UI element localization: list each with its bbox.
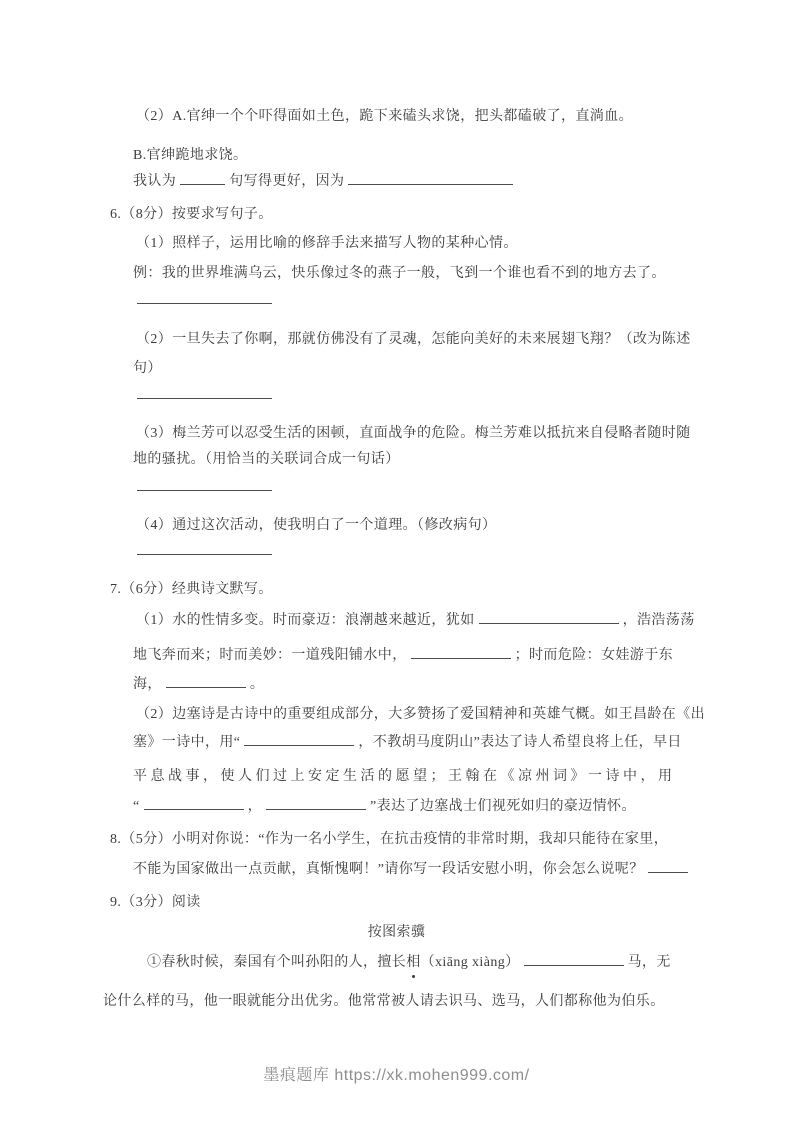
text-segment: 地飞奔而来；时而美妙：一道残阳铺水中， xyxy=(133,648,407,663)
q7-2-line3: 平息战事，使人们过上安定生活的愿望；王翰在《凉州词》一诗中，用 xyxy=(133,765,690,789)
text-segment: （xiāng xiàng） xyxy=(421,955,520,970)
text-segment: 8.（5分）小明对你说：“作为一名小学生，在抗击疫情的非常时期，我却只能待在家里… xyxy=(110,832,668,847)
text-segment: （2）一旦失去了你啊，那就仿佛没有了灵魂，怎能向美好的未来展翅飞翔？（改为陈述 xyxy=(136,332,691,347)
footer-text: 墨痕题库 https://xk.mohen999.com/ xyxy=(263,1067,529,1084)
emphasized-char: 相 xyxy=(406,951,420,975)
page-footer: 墨痕题库 https://xk.mohen999.com/ xyxy=(0,1062,793,1085)
text-segment: 例：我的世界堆满乌云，快乐像过冬的燕子一般，飞到一个谁也看不到的地方去了。 xyxy=(133,266,666,281)
text-segment: ”表达了边塞战士们视死如归的豪迈情怀。 xyxy=(370,799,636,814)
answer-blank xyxy=(348,171,513,185)
answer-blank xyxy=(244,732,354,746)
answer-blank xyxy=(137,477,272,491)
text-segment: 按图索骥 xyxy=(368,925,426,940)
text-segment: B.官绅跪地求饶。 xyxy=(133,148,247,163)
answer-blank xyxy=(137,290,272,304)
text-segment: ①春秋时候，秦国有个叫孙阳的人，擅长 xyxy=(147,955,406,970)
text-segment: “ xyxy=(133,799,140,814)
q6-2-prompt-line2: 句） xyxy=(133,357,690,381)
text-segment: ， xyxy=(248,799,262,814)
q5-2-option-b: B.官绅跪地求饶。 xyxy=(133,144,690,168)
answer-blank xyxy=(166,674,246,688)
text-segment: 我认为 xyxy=(133,174,176,189)
q6-2-prompt-line1: （2）一旦失去了你啊，那就仿佛没有了灵魂，怎能向美好的未来展翅飞翔？（改为陈述 xyxy=(136,328,690,352)
q7-2-line2: 塞》一诗中，用“，不教胡马度阴山”表达了诗人希望良将上任，早日 xyxy=(133,731,690,755)
answer-blank xyxy=(266,796,366,810)
answer-blank xyxy=(479,610,619,624)
q9-passage-line2: 论什么样的马，他一眼就能分出优劣。他常常被人请去识马、选马，人们都称他为伯乐。 xyxy=(103,990,690,1014)
q6-3-answer-line xyxy=(133,476,690,500)
answer-blank xyxy=(137,385,272,399)
q7-1-line2: 地飞奔而来；时而美妙：一道残阳铺水中，；时而危险：女娃游于东 xyxy=(133,644,690,668)
text-segment: 句写得更好，因为 xyxy=(229,174,344,189)
text-segment: 马，无 xyxy=(628,955,671,970)
text-segment: 论什么样的马，他一眼就能分出优劣。他常常被人请去识马、选马，人们都称他为伯乐。 xyxy=(103,994,665,1009)
answer-blank xyxy=(411,645,511,659)
text-segment: 7.（6分）经典诗文默写。 xyxy=(110,582,273,597)
q7-header: 7.（6分）经典诗文默写。 xyxy=(110,578,690,602)
q6-3-prompt-line2: 地的骚扰。（用恰当的关联词合成一句话） xyxy=(133,448,690,472)
q7-1-line1: （1）水的性情多变。时而豪迈：浪潮越来越近，犹如，浩浩荡荡 xyxy=(136,609,690,633)
text-segment: 句） xyxy=(133,361,162,376)
text-segment: （4）通过这次活动，使我明白了一个道理。（修改病句） xyxy=(136,518,496,533)
text-segment: （3）梅兰芳可以忍受生活的困顿，直面战争的危险。梅兰芳难以抵抗来自侵略者随时随 xyxy=(136,426,691,441)
text-segment: 。 xyxy=(250,677,264,692)
q5-2-option-a: （2）A.官绅一个个吓得面如土色，跪下来磕头求饶，把头都磕破了，直淌血。 xyxy=(136,105,690,129)
text-segment: 9.（3分）阅读 xyxy=(110,895,201,910)
q6-4-prompt: （4）通过这次活动，使我明白了一个道理。（修改病句） xyxy=(136,514,690,538)
text-segment: 6.（8分）按要求写句子。 xyxy=(110,207,273,222)
q6-1-prompt: （1）照样子，运用比喻的修辞手法来描写人物的某种心情。 xyxy=(136,232,690,256)
text-segment: ，不教胡马度阴山”表达了诗人希望良将上任，早日 xyxy=(358,735,681,750)
q7-1-line3: 海，。 xyxy=(133,673,690,697)
text-segment: （2）A.官绅一个个吓得面如土色，跪下来磕头求饶，把头都磕破了，直淌血。 xyxy=(136,109,633,124)
q6-4-answer-line xyxy=(133,540,690,564)
document-body: （2）A.官绅一个个吓得面如土色，跪下来磕头求饶，把头都磕破了，直淌血。B.官绅… xyxy=(103,105,690,1014)
q6-1-example: 例：我的世界堆满乌云，快乐像过冬的燕子一般，飞到一个谁也看不到的地方去了。 xyxy=(133,262,690,286)
text-segment: 不能为国家做出一点贡献，真惭愧啊！”请你写一段话安慰小明，你会怎么说呢？ xyxy=(133,862,644,877)
exam-page: （2）A.官绅一个个吓得面如土色，跪下来磕头求饶，把头都磕破了，直淌血。B.官绅… xyxy=(0,0,793,1122)
q9-header: 9.（3分）阅读 xyxy=(110,891,690,915)
q6-2-answer-line xyxy=(133,384,690,408)
answer-blank xyxy=(137,541,272,555)
text-segment: （2）边塞诗是古诗中的重要组成部分，大多赞扬了爱国精神和英雄气概。如王昌龄在《出 xyxy=(136,707,705,722)
q5-2-answer-line: 我认为句写得更好，因为 xyxy=(133,170,690,194)
text-segment: （1）水的性情多变。时而豪迈：浪潮越来越近，犹如 xyxy=(136,613,475,628)
q8-line2: 不能为国家做出一点贡献，真惭愧啊！”请你写一段话安慰小明，你会怎么说呢？ xyxy=(133,858,690,882)
text-segment: 平息战事，使人们过上安定生活的愿望；王翰在《凉州词》一诗中，用 xyxy=(133,769,676,784)
text-segment: （1）照样子，运用比喻的修辞手法来描写人物的某种心情。 xyxy=(136,236,518,251)
text-segment: 海， xyxy=(133,677,162,692)
q7-2-line1: （2）边塞诗是古诗中的重要组成部分，大多赞扬了爱国精神和英雄气概。如王昌龄在《出 xyxy=(136,703,690,727)
q8-line1: 8.（5分）小明对你说：“作为一名小学生，在抗击疫情的非常时期，我却只能待在家里… xyxy=(110,828,690,852)
text-segment: 地的骚扰。（用恰当的关联词合成一句话） xyxy=(133,452,400,467)
q9-passage-line1: ①春秋时候，秦国有个叫孙阳的人，擅长相（xiāng xiàng）马，无 xyxy=(147,951,690,975)
text-segment: 塞》一诗中，用“ xyxy=(133,735,240,750)
q6-header: 6.（8分）按要求写句子。 xyxy=(110,203,690,227)
answer-blank xyxy=(648,859,688,873)
answer-blank xyxy=(180,171,225,185)
answer-blank xyxy=(524,952,624,966)
answer-blank xyxy=(144,796,244,810)
text-segment: ；时而危险：女娃游于东 xyxy=(515,648,673,663)
q6-3-prompt-line1: （3）梅兰芳可以忍受生活的困顿，直面战争的危险。梅兰芳难以抵抗来自侵略者随时随 xyxy=(136,422,690,446)
q6-1-answer-line xyxy=(133,289,690,313)
text-segment: ，浩浩荡荡 xyxy=(623,613,695,628)
q9-passage-title: 按图索骥 xyxy=(103,921,690,945)
q7-2-line4: “，”表达了边塞战士们视死如归的豪迈情怀。 xyxy=(133,795,690,819)
